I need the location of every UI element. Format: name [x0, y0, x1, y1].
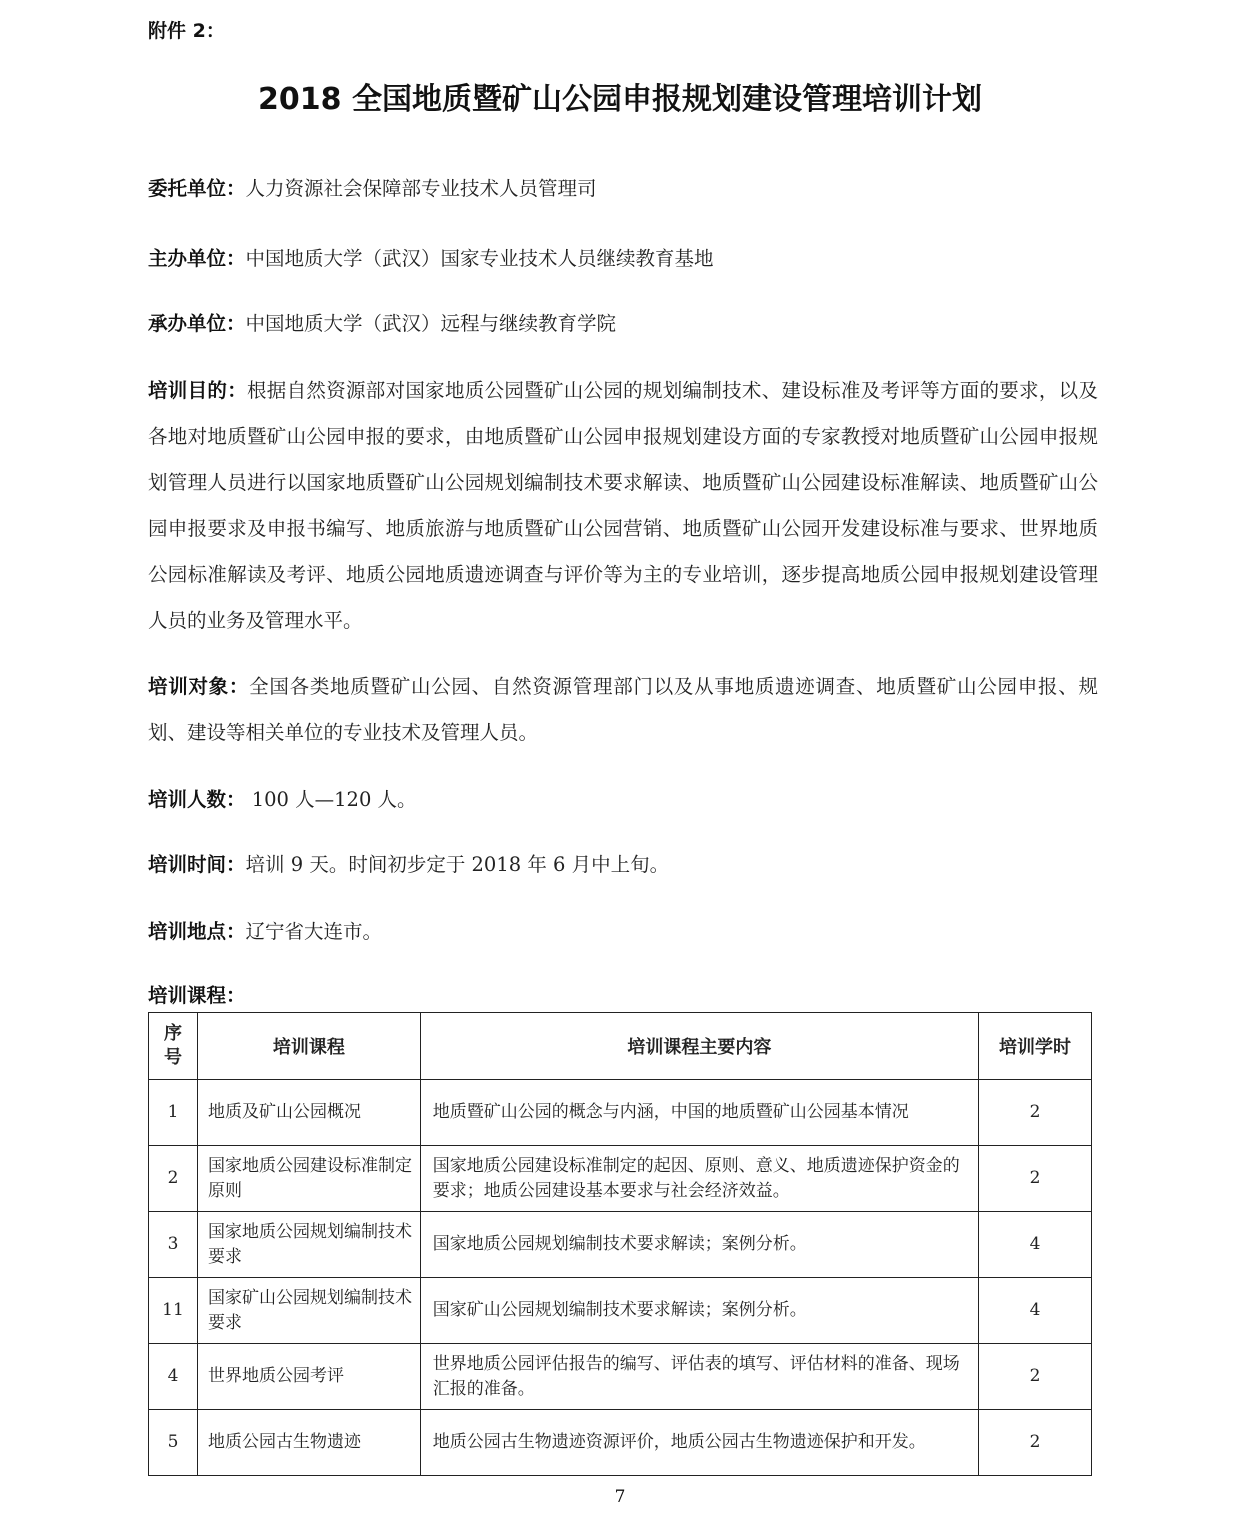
cell-content: 国家地质公园规划编制技术要求解读；案例分析。 — [420, 1212, 978, 1278]
field-value: 100 人—120 人。 — [246, 788, 417, 811]
cell-hours: 4 — [979, 1278, 1092, 1344]
field-label: 培训时间： — [148, 853, 246, 876]
header-no: 序号 — [149, 1013, 198, 1080]
field-value: 中国地质大学（武汉）国家专业技术人员继续教育基地 — [246, 247, 714, 270]
field-label: 培训目的： — [148, 379, 247, 402]
field-label: 承办单位： — [148, 312, 246, 335]
cell-hours: 4 — [979, 1212, 1092, 1278]
field-training-location: 培训地点：辽宁省大连市。 — [148, 909, 1098, 955]
field-organizer-unit: 承办单位：中国地质大学（武汉）远程与继续教育学院 — [148, 301, 1098, 347]
annex-label: 附件 2： — [148, 16, 225, 43]
cell-content: 地质公园古生物遗迹资源评价，地质公园古生物遗迹保护和开发。 — [420, 1410, 978, 1476]
cell-no: 1 — [149, 1080, 198, 1146]
field-training-purpose: 培训目的：根据自然资源部对国家地质公园暨矿山公园的规划编制技术、建设标准及考评等… — [148, 368, 1098, 644]
header-hours: 培训学时 — [979, 1013, 1092, 1080]
cell-no: 2 — [149, 1146, 198, 1212]
field-value: 辽宁省大连市。 — [246, 920, 383, 943]
cell-hours: 2 — [979, 1344, 1092, 1410]
field-label: 培训地点： — [148, 920, 246, 943]
cell-content: 国家地质公园建设标准制定的起因、原则、意义、地质遗迹保护资金的要求；地质公园建设… — [420, 1146, 978, 1212]
cell-course: 国家地质公园规划编制技术要求 — [197, 1212, 420, 1278]
field-label: 培训对象： — [148, 675, 249, 698]
cell-hours: 2 — [979, 1080, 1092, 1146]
field-value: 中国地质大学（武汉）远程与继续教育学院 — [246, 312, 617, 335]
cell-content: 国家矿山公园规划编制技术要求解读；案例分析。 — [420, 1278, 978, 1344]
cell-course: 地质及矿山公园概况 — [197, 1080, 420, 1146]
table-row: 5 地质公园古生物遗迹 地质公园古生物遗迹资源评价，地质公园古生物遗迹保护和开发… — [149, 1410, 1092, 1476]
cell-course: 世界地质公园考评 — [197, 1344, 420, 1410]
field-label: 培训课程： — [148, 984, 246, 1007]
page-number: 7 — [0, 1487, 1240, 1507]
field-training-target: 培训对象：全国各类地质暨矿山公园、自然资源管理部门以及从事地质遗迹调查、地质暨矿… — [148, 664, 1098, 756]
field-training-time: 培训时间：培训 9 天。时间初步定于 2018 年 6 月中上旬。 — [148, 842, 1098, 888]
field-label: 培训人数： — [148, 788, 246, 811]
cell-content: 地质暨矿山公园的概念与内涵，中国的地质暨矿山公园基本情况 — [420, 1080, 978, 1146]
cell-no: 3 — [149, 1212, 198, 1278]
field-value: 培训 9 天。时间初步定于 2018 年 6 月中上旬。 — [246, 853, 670, 876]
header-course: 培训课程 — [197, 1013, 420, 1080]
field-training-count: 培训人数： 100 人—120 人。 — [148, 777, 1098, 823]
cell-content: 世界地质公园评估报告的编写、评估表的填写、评估材料的准备、现场汇报的准备。 — [420, 1344, 978, 1410]
field-value: 根据自然资源部对国家地质公园暨矿山公园的规划编制技术、建设标准及考评等方面的要求… — [148, 379, 1098, 632]
field-value: 人力资源社会保障部专业技术人员管理司 — [246, 177, 597, 200]
cell-no: 5 — [149, 1410, 198, 1476]
cell-no: 4 — [149, 1344, 198, 1410]
field-label: 主办单位： — [148, 247, 246, 270]
field-label: 委托单位： — [148, 177, 246, 200]
cell-no: 11 — [149, 1278, 198, 1344]
cell-hours: 2 — [979, 1146, 1092, 1212]
field-host-unit: 主办单位：中国地质大学（武汉）国家专业技术人员继续教育基地 — [148, 236, 1098, 282]
header-content: 培训课程主要内容 — [420, 1013, 978, 1080]
course-table: 序号 培训课程 培训课程主要内容 培训学时 1 地质及矿山公园概况 地质暨矿山公… — [148, 1012, 1092, 1476]
cell-course: 地质公园古生物遗迹 — [197, 1410, 420, 1476]
document-title: 2018 全国地质暨矿山公园申报规划建设管理培训计划 — [0, 74, 1240, 118]
table-row: 2 国家地质公园建设标准制定原则 国家地质公园建设标准制定的起因、原则、意义、地… — [149, 1146, 1092, 1212]
cell-course: 国家矿山公园规划编制技术要求 — [197, 1278, 420, 1344]
cell-hours: 2 — [979, 1410, 1092, 1476]
table-row: 11 国家矿山公园规划编制技术要求 国家矿山公园规划编制技术要求解读；案例分析。… — [149, 1278, 1092, 1344]
table-row: 1 地质及矿山公园概况 地质暨矿山公园的概念与内涵，中国的地质暨矿山公园基本情况… — [149, 1080, 1092, 1146]
field-entrusting-unit: 委托单位：人力资源社会保障部专业技术人员管理司 — [148, 166, 1098, 212]
table-row: 4 世界地质公园考评 世界地质公园评估报告的编写、评估表的填写、评估材料的准备、… — [149, 1344, 1092, 1410]
table-row: 3 国家地质公园规划编制技术要求 国家地质公园规划编制技术要求解读；案例分析。 … — [149, 1212, 1092, 1278]
table-header-row: 序号 培训课程 培训课程主要内容 培训学时 — [149, 1013, 1092, 1080]
cell-course: 国家地质公园建设标准制定原则 — [197, 1146, 420, 1212]
field-value: 全国各类地质暨矿山公园、自然资源管理部门以及从事地质遗迹调查、地质暨矿山公园申报… — [148, 675, 1098, 744]
